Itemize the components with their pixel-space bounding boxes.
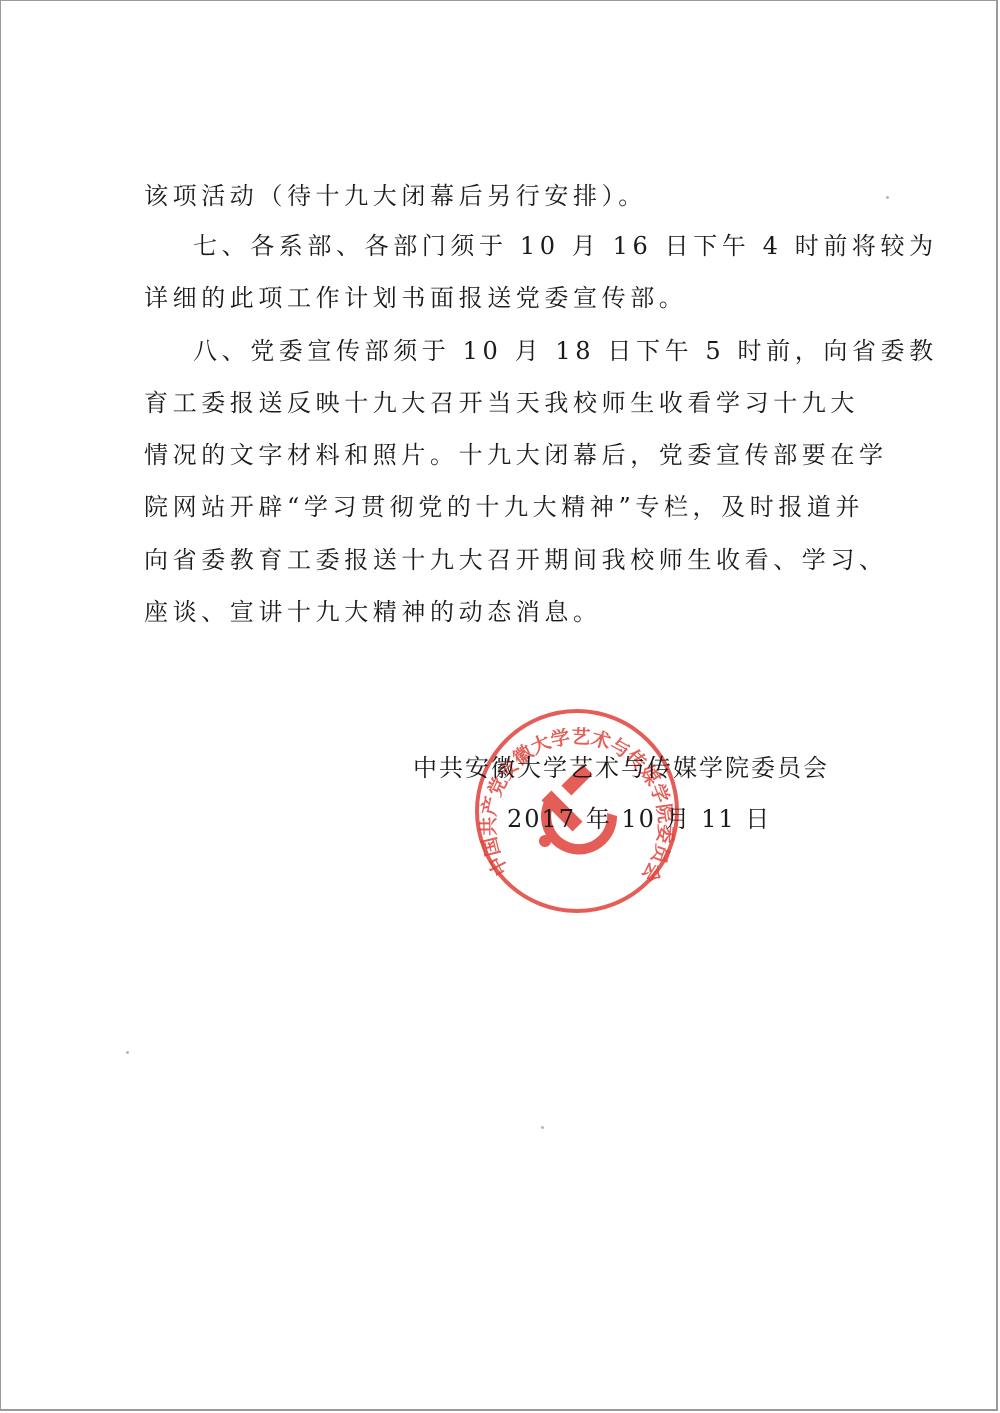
text-line-7: 院网站开辟“学习贯彻党的十九大精神”专栏，及时报道并 <box>144 492 864 522</box>
text-line-3: 详细的此项工作计划书面报送党委宣传部。 <box>144 283 687 313</box>
text-line-4-item-eight: 八、党委宣传部须于 10 月 18 日下午 5 时前，向省委教 <box>193 336 938 366</box>
scan-speck <box>886 196 889 199</box>
text-line-6: 情况的文字材料和照片。十九大闭幕后，党委宣传部要在学 <box>144 440 888 470</box>
signing-organization: 中共安徽大学艺术与传媒学院委员会 <box>413 753 829 783</box>
signing-date: 2017 年 10 月 11 日 <box>507 804 771 834</box>
document-page: 该项活动（待十九大闭幕后另行安排）。 七、各系部、各部门须于 10 月 16 日… <box>0 0 998 1411</box>
text-line-8: 向省委教育工委报送十九大召开期间我校师生收看、学习、 <box>144 545 888 575</box>
scan-speck <box>126 1051 129 1054</box>
text-line-2-item-seven: 七、各系部、各部门须于 10 月 16 日下午 4 时前将较为 <box>193 231 938 261</box>
scan-speck <box>406 346 409 349</box>
text-line-5: 育工委报送反映十九大召开当天我校师生收看学习十九大 <box>144 388 859 418</box>
scan-speck <box>541 1126 544 1129</box>
text-line-1: 该项活动（待十九大闭幕后另行安排）。 <box>144 181 647 211</box>
text-line-9: 座谈、宣讲十九大精神的动态消息。 <box>144 597 602 627</box>
